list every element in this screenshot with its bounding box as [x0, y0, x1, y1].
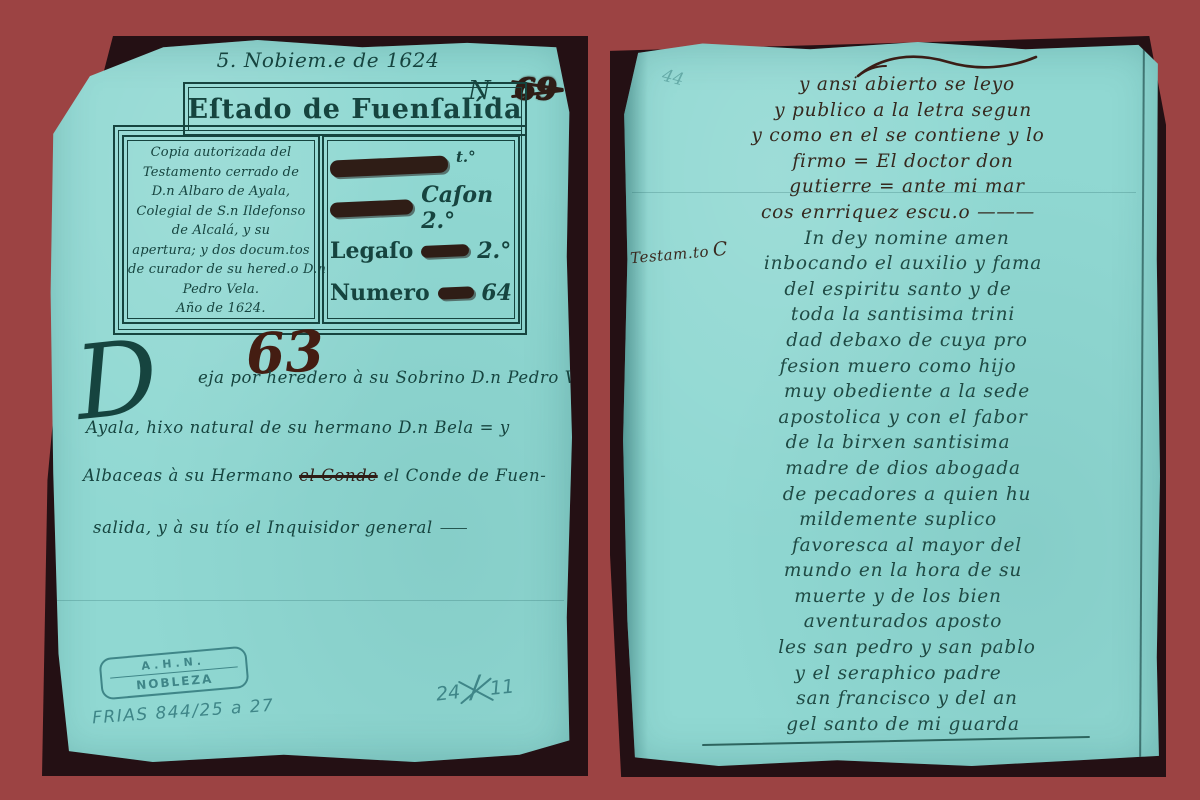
reference-box: t.° Caſon 2.° Legaſo 2.° Numero 64: [322, 135, 520, 324]
paper-crease: [632, 192, 1136, 193]
foliation-right: 11: [489, 675, 515, 699]
ink-scribble: [330, 199, 414, 218]
description-text: Copia autorizada delTestamento cerrado d…: [128, 143, 314, 316]
summary-line: Ayala, hixo natural de su hermano D.n Be…: [86, 418, 510, 437]
manuscript-line: cos enrriquez escu.o ———: [675, 200, 1121, 226]
manuscript-line: muerte y de los bien: [675, 584, 1121, 610]
struck-text: el Conde: [299, 466, 378, 485]
summary-line: salida, y à su tío el Inquisidor general…: [93, 514, 467, 538]
reference-label: Numero: [330, 280, 430, 306]
manuscript-line: favoresca al mayor del: [684, 533, 1130, 559]
reference-row-numero: Numero 64: [330, 272, 512, 314]
description-box: Copia autorizada delTestamento cerrado d…: [122, 135, 320, 324]
reference-row-caxon: Caſon 2.°: [330, 187, 512, 229]
description-line: Colegial de S.n Ildefonso: [128, 202, 314, 222]
manuscript-line: dad debaxo de cuya pro: [684, 328, 1130, 354]
page-fold-line: [1139, 42, 1145, 766]
manuscript-line: san francisco y del an: [684, 686, 1130, 712]
manuscript-line: muy obediente a la sede: [684, 379, 1130, 405]
description-line: apertura; y dos docum.tos: [128, 241, 314, 261]
manuscript-line: del espiritu santo y de: [675, 277, 1121, 303]
description-line: Año de 1624.: [128, 299, 314, 319]
summary-line-post: el Conde de Fuen-: [378, 466, 547, 485]
manuscript-line: apostolica y con el fabor: [680, 405, 1126, 431]
reference-value: Caſon 2.°: [421, 182, 512, 234]
description-line: D.n Albaro de Ayala,: [128, 182, 314, 202]
manuscript-line: y el seraphico padre: [675, 661, 1121, 687]
manuscript-line: aventurados aposto: [680, 609, 1126, 635]
reference-label: Legaſo: [330, 238, 413, 264]
ink-scribble: [330, 155, 449, 177]
manuscript-line: de la birxen santisima: [675, 430, 1121, 456]
archive-stamp: A.H.N. NOBLEZA: [98, 646, 249, 701]
archival-manuscript-scan: 5. Nobiem.e de 1624 N.69 Eſtado de Fuenſ…: [0, 0, 1200, 800]
manuscript-line: y publico a la letra segun: [680, 98, 1126, 124]
manuscript-line: les san pedro y san pablo: [684, 635, 1130, 661]
ink-scribble: [437, 286, 473, 300]
pencil-reference: FRIAS 844/25 a 27: [92, 696, 276, 729]
manuscript-line: madre de dios abogada: [680, 456, 1126, 482]
manuscript-line: gutierre = ante mi mar: [684, 174, 1130, 200]
manuscript-line: mundo en la hora de su: [680, 558, 1126, 584]
reference-value: 2.°: [477, 238, 511, 264]
reference-suffix: t.°: [456, 148, 476, 166]
manuscript-line: inbocando el auxilio y fama: [680, 251, 1126, 277]
end-flourish-rule: [702, 736, 1090, 746]
manuscript-line: firmo = El doctor don: [680, 149, 1126, 175]
manuscript-line: toda la santisima trini: [680, 302, 1126, 328]
summary-line: eja por heredero à su Sobrino D.n Pedro …: [198, 368, 630, 387]
reference-row-estante: t.°: [330, 145, 512, 187]
summary-line-pre: Albaceas à su Hermano: [83, 466, 299, 485]
reference-rows: t.° Caſon 2.° Legaſo 2.° Numero 64: [330, 145, 512, 314]
manuscript-line: gel santo de mi guarda: [680, 712, 1126, 738]
catalog-box: Copia autorizada delTestamento cerrado d…: [113, 125, 527, 335]
description-line: Copia autorizada del: [128, 143, 314, 163]
description-line: de Alcalá, y su: [128, 221, 314, 241]
manuscript-line: y como en el se contiene y lo: [675, 123, 1121, 149]
paper-crease: [56, 600, 564, 601]
manuscript-line: mildemente suplico: [675, 507, 1121, 533]
reference-row-legajo: Legaſo 2.°: [330, 230, 512, 272]
crossed-out-x-icon: /: [459, 677, 492, 706]
description-line: Pedro Vela.: [128, 280, 314, 300]
reference-value: 64: [481, 280, 512, 306]
foliation-left: 24: [435, 681, 461, 705]
foliation-mark: 24/11: [435, 674, 516, 708]
left-page: 5. Nobiem.e de 1624 N.69 Eſtado de Fuenſ…: [48, 40, 572, 762]
description-line: de curador de su hered.o D.n: [128, 260, 314, 280]
right-page: 44 Testam.toC y ansi abierto se leyoy pu…: [622, 42, 1160, 766]
date-annotation: 5. Nobiem.e de 1624: [208, 48, 448, 72]
manuscript-line: fesion muero como hijo: [675, 354, 1121, 380]
manuscript-line: de pecadores a quien hu: [684, 482, 1130, 508]
manuscript-line: In dey nomine amen: [684, 226, 1130, 252]
summary-line: Albaceas à su Hermano el Conde el Conde …: [83, 466, 546, 485]
ink-scribble: [421, 244, 469, 258]
manuscript-text-block: y ansi abierto se leyoy publico a la let…: [680, 72, 1126, 737]
manuscript-line: y ansi abierto se leyo: [684, 72, 1130, 98]
description-line: Testamento cerrado de: [128, 163, 314, 183]
